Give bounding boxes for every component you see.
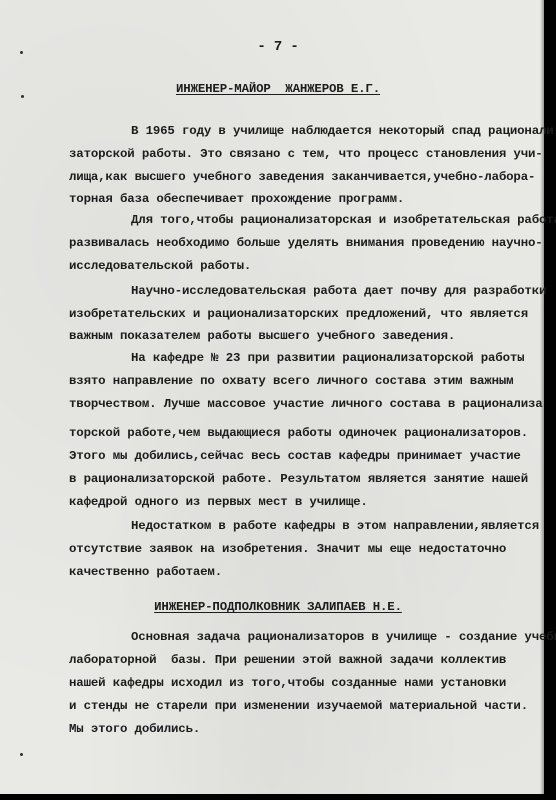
text-line: Для того,чтобы рационализаторская и изоб… [131, 213, 556, 227]
page-number: - 7 - [0, 39, 556, 55]
text-line: нашей кафедры исходил из того,чтобы созд… [69, 676, 506, 690]
text-line: лища,как высшего учебного заведения зака… [69, 170, 535, 184]
text-line: лабораторной базы. При решении этой важн… [69, 653, 506, 667]
text-line: Основная задача рационализаторов в учили… [131, 630, 556, 644]
text-line: Этого мы добились,сейчас весь состав каф… [69, 449, 521, 463]
text-line: В 1965 году в училище наблюдается некото… [131, 124, 556, 138]
text-line: в рационализаторской работе. Результатом… [69, 472, 528, 486]
text-line: взято направление по охвату всего личног… [69, 374, 513, 388]
text-line: исследовательской работы. [69, 259, 251, 273]
text-line: отсутствие заявок на изобретения. Значит… [69, 542, 506, 556]
text-line: заторской работы. Это связано с тем, что… [69, 147, 543, 161]
text-line: важным показателем работы высшего учебно… [69, 329, 455, 343]
document-page: - 7 - ИНЖЕНЕР-МАЙОР ЖАНЖЕРОВ Е.Г. В 1965… [0, 0, 544, 794]
binder-hole-mark [20, 753, 23, 756]
text-line: развивалась необходимо больше уделять вн… [69, 236, 543, 250]
text-line: качественно работаем. [69, 565, 222, 579]
text-line: На кафедре № 23 при развитии рационализа… [131, 351, 524, 365]
text-line: Мы этого добились. [69, 722, 200, 736]
text-line: Научно-исследовательская работа дает поч… [131, 284, 546, 298]
text-line: творчеством. Лучше массовое участие личн… [69, 397, 543, 411]
text-line: изобретательских и рационализаторских пр… [69, 307, 528, 321]
text-line: Недостатком в работе кафедры в этом напр… [131, 519, 539, 533]
section-heading: ИНЖЕНЕР-ПОДПОЛКОВНИК ЗАЛИПАЕВ Н.Е. [0, 600, 556, 614]
text-line: и стенды не старели при изменении изучае… [69, 699, 528, 713]
text-line: торской работе,чем выдающиеся работы оди… [69, 426, 528, 440]
text-line: кафедрой одного из первых мест в училище… [69, 495, 368, 509]
text-line: торная база обеспечивает прохождение про… [69, 192, 404, 206]
section-heading: ИНЖЕНЕР-МАЙОР ЖАНЖЕРОВ Е.Г. [0, 82, 556, 96]
